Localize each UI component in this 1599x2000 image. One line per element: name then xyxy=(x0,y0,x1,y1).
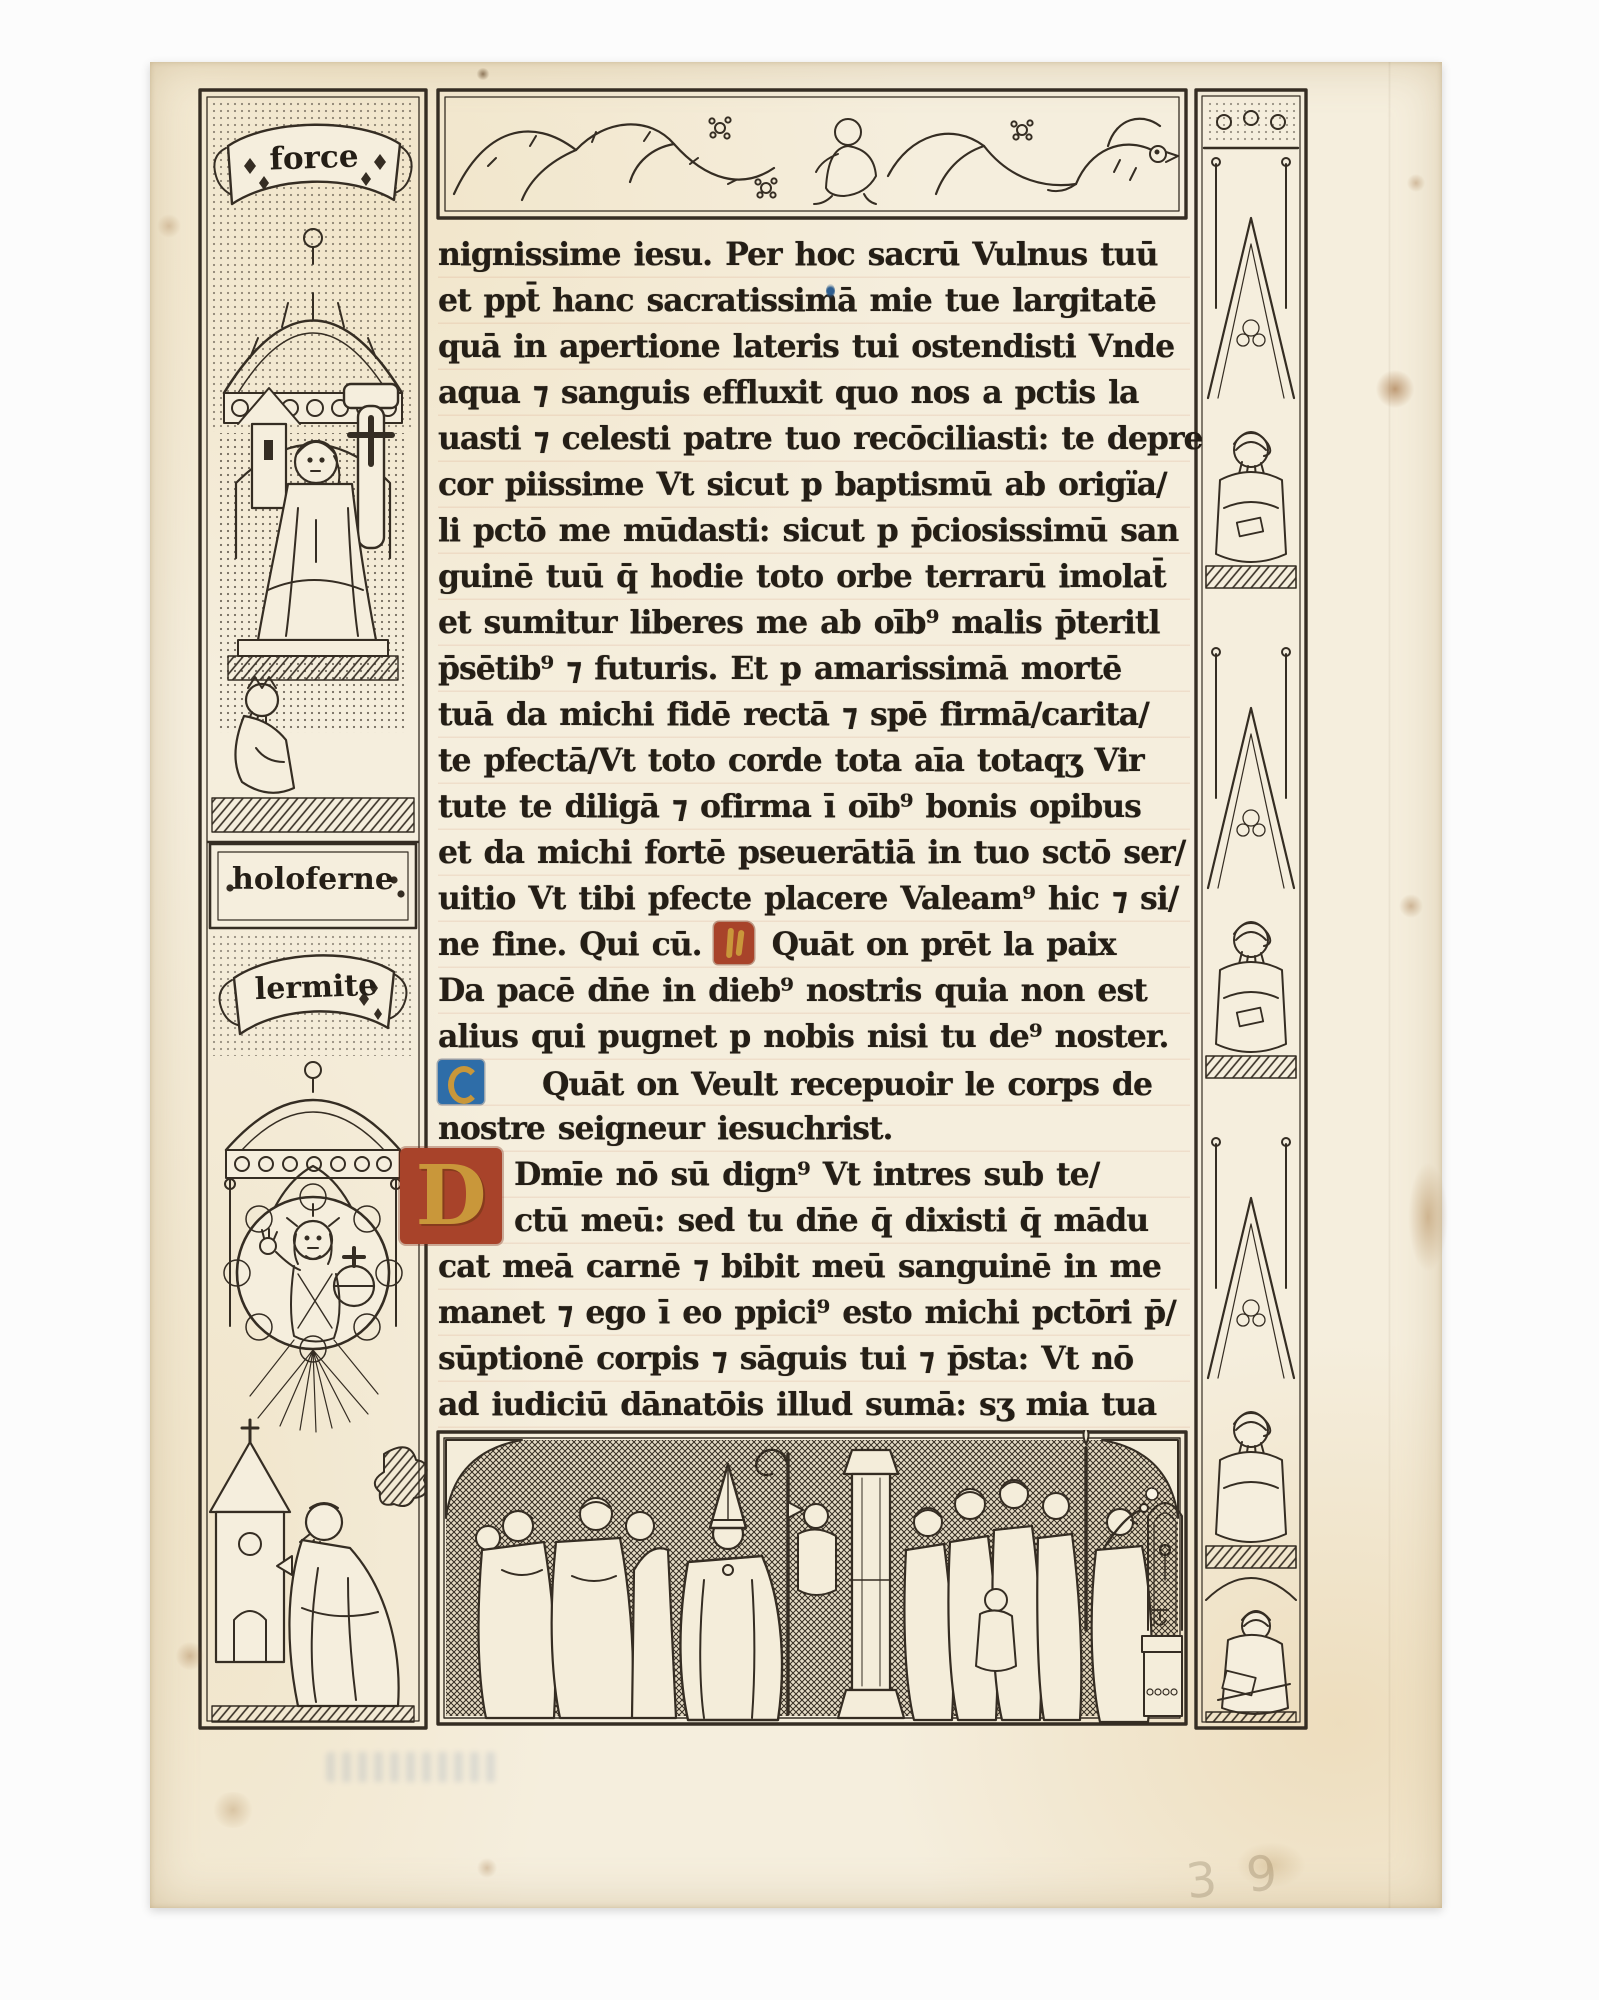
text-line-content: aqua ⁊ sanguis effluxit quo nos a pctis … xyxy=(438,374,1138,411)
text-line: cat meā carnē ⁊ bibit meū sanguinē in me xyxy=(438,1244,1190,1290)
foxing-spot xyxy=(476,1858,498,1878)
label-holoferne: holoferne xyxy=(210,862,416,897)
foxing-spot xyxy=(1408,1162,1448,1272)
foxing-spot xyxy=(1374,370,1416,408)
text-line-content: Dmīe nō sū dign⁹ Vt intres sub te/ xyxy=(514,1156,1099,1193)
text-line: ad iudiciū dānatōis illud sumā: sʒ mia t… xyxy=(438,1382,1190,1428)
text-line: Da pacē dn̄e in dieb⁹ nostris quia non e… xyxy=(438,968,1190,1014)
foxing-spot xyxy=(1406,174,1426,192)
text-line-content: nostre seigneur iesuchrist. xyxy=(438,1110,893,1147)
foxing-spot xyxy=(476,68,490,80)
text-line: te pfectā/Vt toto corde tota aīa totaqʒ … xyxy=(438,738,1190,784)
text-line-content: nignissime iesu. Per hoc sacrū Vulnus tu… xyxy=(438,236,1158,273)
text-line: ctū meū: sed tu dn̄e q̄ dixisti q̄ mādu xyxy=(438,1198,1190,1244)
text-line: nignissime iesu. Per hoc sacrū Vulnus tu… xyxy=(438,232,1190,278)
text-line: quā in apertione lateris tui ostendisti … xyxy=(438,324,1190,370)
text-line: tute te diligā ⁊ ofirma ī oīb⁹ bonis opi… xyxy=(438,784,1190,830)
text-line: uitio Vt tibi pfecte placere Valeam⁹ hic… xyxy=(438,876,1190,922)
initial-letter: D xyxy=(415,1155,486,1237)
text-line-content: te pfectā/Vt toto corde tota aīa totaqʒ … xyxy=(438,742,1144,779)
gold-stroke xyxy=(726,928,734,958)
foxing-spot xyxy=(210,1792,256,1828)
woodcut-right-border-art xyxy=(1194,88,1308,1730)
blue-ink-spot xyxy=(826,284,835,298)
text-block: nignissime iesu. Per hoc sacrū Vulnus tu… xyxy=(438,232,1190,1428)
text-line-content: ad iudiciū dānatōis illud sumā: sʒ mia t… xyxy=(438,1386,1156,1423)
text-line-with-paraph: ne fine. Qui cū.Quāt on prēt la paix xyxy=(438,922,1190,968)
text-line-content: p̄sētib⁹ ⁊ futuris. Et p amarissimā mort… xyxy=(438,650,1121,687)
woodcut-left-border-art xyxy=(198,88,428,1730)
text-line-content: cat meā carnē ⁊ bibit meū sanguinē in me xyxy=(438,1248,1161,1285)
paraph-mark-red-gold xyxy=(714,922,754,964)
text-line-content: Da pacē dn̄e in dieb⁹ nostris quia non e… xyxy=(438,972,1147,1009)
text-line-content: manet ⁊ ego ī eo ppici⁹ esto michi pctōr… xyxy=(438,1294,1176,1331)
text-line-content: guinē tuū q̄ hodie toto orbe terrarū imo… xyxy=(438,558,1166,595)
text-line: p̄sētib⁹ ⁊ futuris. Et p amarissimā mort… xyxy=(438,646,1190,692)
text-line: cor piissime Vt sicut p baptismū ab orig… xyxy=(438,462,1190,508)
text-line-content: li pctō me mūdasti: sicut p p̄ciosissimū… xyxy=(438,512,1178,549)
banner-label-force: force xyxy=(241,137,386,178)
paraph-mark-blue-gold xyxy=(438,1060,484,1104)
text-line-content: et ppt̄ hanc sacratissimā mie tue largit… xyxy=(438,282,1156,319)
text-line: sūptionē corpis ⁊ sāguis tui ⁊ p̄sta: Vt… xyxy=(438,1336,1190,1382)
text-line-content: ctū meū: sed tu dn̄e q̄ dixisti q̄ mādu xyxy=(514,1202,1148,1239)
text-line-content: quā in apertione lateris tui ostendisti … xyxy=(438,328,1174,365)
gold-stroke xyxy=(448,1066,480,1104)
text-line-content: tute te diligā ⁊ ofirma ī oīb⁹ bonis opi… xyxy=(438,788,1141,825)
text-line-content: et da michi fortē pseuerātiā in tuo sctō… xyxy=(438,834,1185,871)
text-line-content: tuā da michi fidē rectā ⁊ spē firmā/cari… xyxy=(438,696,1149,733)
text-line-content: sūptionē corpis ⁊ sāguis tui ⁊ p̄sta: Vt… xyxy=(438,1340,1133,1377)
text-line: et sumitur liberes me ab oīb⁹ malis p̄te… xyxy=(438,600,1190,646)
text-line: li pctō me mūdasti: sicut p p̄ciosissimū… xyxy=(438,508,1190,554)
foxing-spot xyxy=(156,214,182,238)
woodcut-top-foliage-border xyxy=(436,88,1188,220)
text-line: et ppt̄ hanc sacratissimā mie tue largit… xyxy=(438,278,1190,324)
text-line: guinē tuū q̄ hodie toto orbe terrarū imo… xyxy=(438,554,1190,600)
text-line: Dmīe nō sū dign⁹ Vt intres sub te/ xyxy=(438,1152,1190,1198)
foxing-spot xyxy=(1398,894,1424,918)
pencil-number-annotation: 39 xyxy=(1183,1842,1309,1910)
text-line: aqua ⁊ sanguis effluxit quo nos a pctis … xyxy=(438,370,1190,416)
rubric-text: Quāt on prēt la paix xyxy=(772,926,1116,963)
woodcut-right-border xyxy=(1194,88,1308,1730)
gold-stroke xyxy=(735,930,744,957)
woodcut-left-border xyxy=(198,88,428,1730)
text-line-content: uitio Vt tibi pfecte placere Valeam⁹ hic… xyxy=(438,880,1178,917)
text-line-content: cor piissime Vt sicut p baptismū ab orig… xyxy=(438,466,1167,503)
illuminated-initial-D: D xyxy=(400,1148,502,1244)
woodcut-mass-scene xyxy=(436,1430,1188,1726)
rubric-text: Quāt on Veult recepuoir le corps de xyxy=(542,1066,1152,1103)
vellum-leaf: force holoferne lermite xyxy=(150,62,1442,1908)
text-line-content: uasti ⁊ celesti patre tuo recōciliasti: … xyxy=(438,420,1203,457)
text-line: tuā da michi fidē rectā ⁊ spē firmā/cari… xyxy=(438,692,1190,738)
paper-crease xyxy=(1388,62,1391,1908)
photograph-of-book-leaf: force holoferne lermite xyxy=(0,0,1599,2000)
text-line: alius qui pugnet p nobis nisi tu de⁹ nos… xyxy=(438,1014,1190,1060)
text-line-with-paraph: Quāt on Veult recepuoir le corps de xyxy=(438,1060,1190,1106)
woodcut-top-foliage-art xyxy=(436,88,1188,220)
text-line-content: et sumitur liberes me ab oīb⁹ malis p̄te… xyxy=(438,604,1159,641)
text-line: nostre seigneur iesuchrist. xyxy=(438,1106,1190,1152)
text-line: manet ⁊ ego ī eo ppici⁹ esto michi pctōr… xyxy=(438,1290,1190,1336)
faint-stamp xyxy=(326,1752,498,1782)
text-line: et da michi fortē pseuerātiā in tuo sctō… xyxy=(438,830,1190,876)
text-line-content: ne fine. Qui cū. xyxy=(438,926,702,963)
text-line-content: alius qui pugnet p nobis nisi tu de⁹ nos… xyxy=(438,1018,1169,1055)
text-line: uasti ⁊ celesti patre tuo recōciliasti: … xyxy=(438,416,1190,462)
woodcut-mass-scene-art xyxy=(436,1430,1188,1726)
banner-label-lermite: lermite xyxy=(225,967,406,1008)
